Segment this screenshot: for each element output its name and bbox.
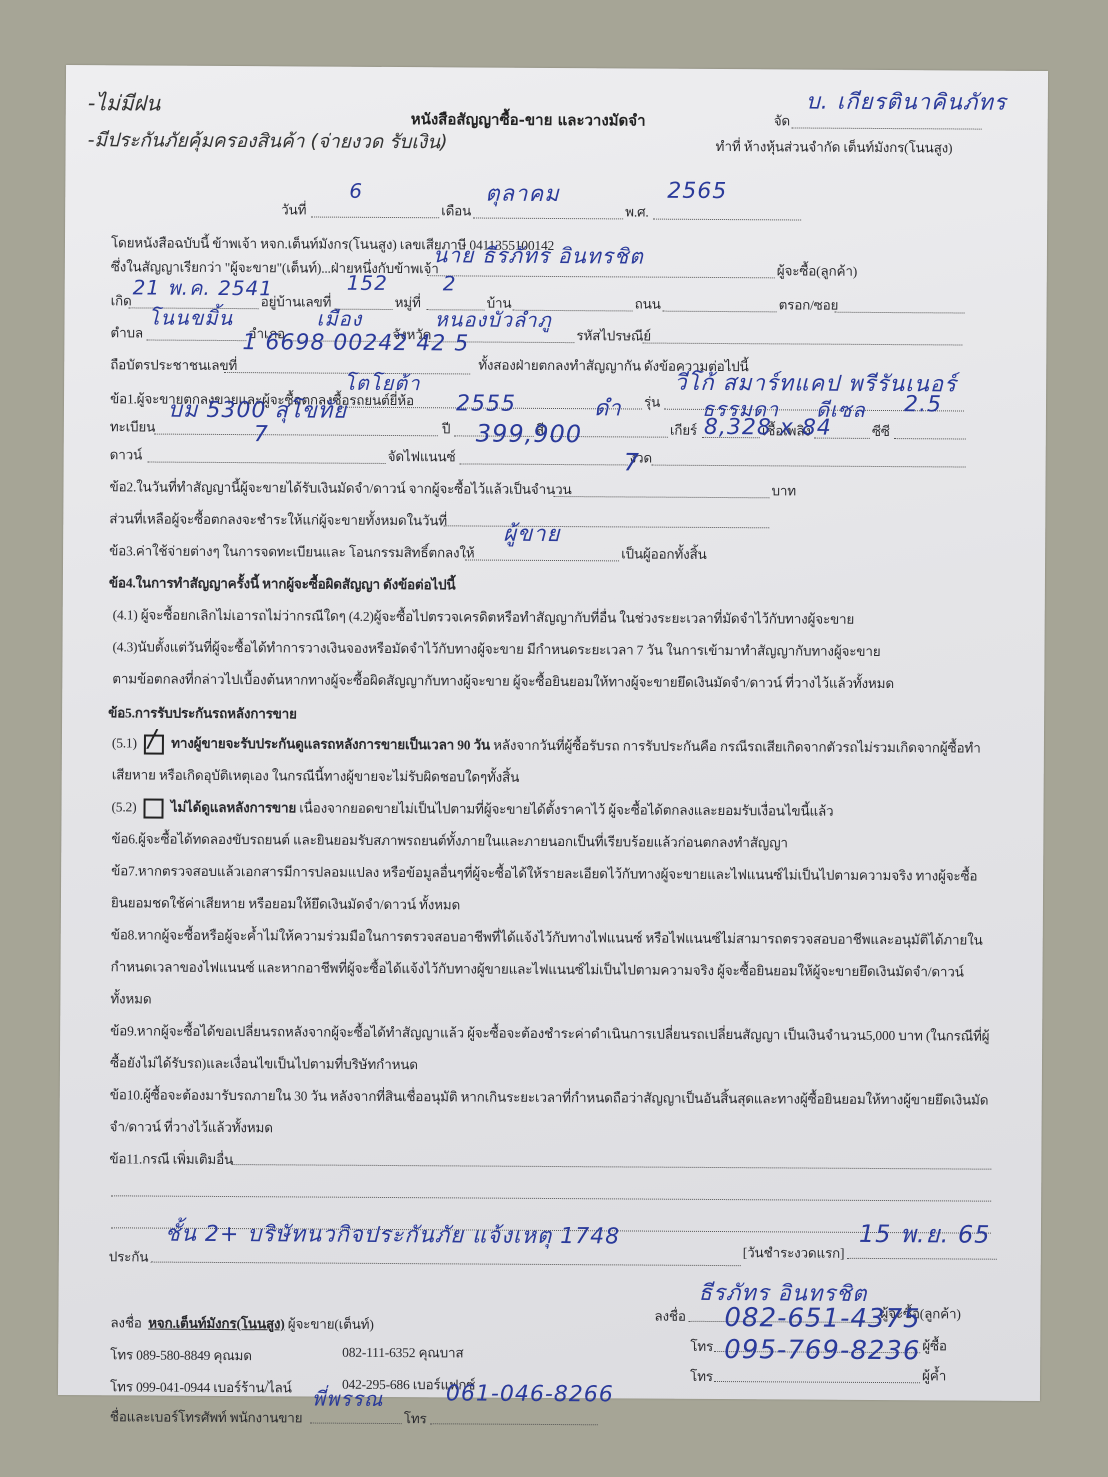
fee-payer: ผู้ขาย [503, 516, 560, 551]
guarantor-phone: 095-769-8236 [724, 1335, 920, 1366]
subdistrict-label: ตำบล [110, 321, 143, 343]
clause-10b: จำ/ดาวน์ ที่วางไว้แล้วทั้งหมด [110, 1115, 273, 1138]
margin-note-2: -มีประกันภัยคุ้มครองสินค้า (จ่ายงวด รับเ… [88, 125, 448, 157]
warranty-90-days-checkbox[interactable]: / [144, 734, 164, 754]
clause-7a: ข้อ7.หากตรวจสอบแล้วเอกสารมีการปลอมแปลง ห… [111, 859, 977, 886]
clause-5-2-label: (5.2) [111, 799, 136, 814]
buyer-phone: 082-651-4375 [724, 1303, 920, 1334]
clause-6: ข้อ6.ผู้จะซื้อได้ทดลองขับรถยนต์ และยินยอ… [111, 827, 788, 853]
checkmark-icon: / [148, 724, 156, 752]
clause-5-2-row: (5.2) ไม่ได้ดูแลหลังการขาย เนื่องจากยอดข… [111, 795, 833, 822]
insurance-value: ชั้น 2+ บริษัทนวกิจประกันภัย แจ้งเหตุ 17… [165, 1216, 620, 1254]
clause-10a: ข้อ10.ผู้ซื้อจะต้องมารับรถภายใน 30 วัน ห… [110, 1083, 989, 1110]
staff-phone: 061-046-8266 [446, 1381, 614, 1407]
month-label: เดือน [441, 199, 471, 221]
id-label: ถือบัตรประชาชนเลขที่ [110, 353, 237, 376]
cc-label: ซีซี [872, 420, 890, 442]
finance-amount: 399,900 [476, 420, 582, 449]
contract-paper: -ไม่มีฝน -มีประกันภัยคุ้มครองสินค้า (จ่า… [58, 65, 1048, 1401]
day-label: วันที่ [281, 198, 306, 220]
seller-role: ผู้จะขาย(เต็นท์) [288, 1316, 374, 1332]
year-value: 2565 [667, 179, 727, 204]
vehicle-year-label: ปี [442, 417, 451, 439]
subdistrict-value: โนนขมิ้น [148, 302, 233, 335]
first-payment-label: [วันชำระงวดแรก] [743, 1241, 845, 1264]
finance-company-label: จัด [774, 109, 790, 131]
postcode-label: รหัสไปรษณีย์ [576, 324, 651, 346]
gear-label: เกียร์ [670, 419, 697, 441]
buyer-name: นาย ธีรภัทร อินทรชิต [433, 239, 644, 273]
clause-8b: กำหนดเวลาของไฟแนนซ์ และหากอาชีพที่ผู้จะซ… [110, 955, 963, 982]
clause-5-1-cont: เสียหาย หรือเกิดอุบัติเหตุเอง ในกรณีนี้ท… [112, 763, 520, 787]
clause-2b: ส่วนที่เหลือผู้จะซื้อตกลงจะชำระให้แก่ผู้… [109, 507, 447, 531]
clause-2a: ข้อ2.ในวันที่ทำสัญญานี้ผู้จะขายได้รับเงิ… [109, 475, 571, 500]
staff-name: พี่พรรณ [312, 1383, 384, 1415]
buyer-sign-label: ลงชื่อ [654, 1305, 685, 1327]
birth-value: 21 พ.ค. 2541 [133, 271, 274, 304]
guarantor-phone-role: ผู้ค้ำ [922, 1364, 946, 1386]
day-value: 6 [349, 179, 363, 203]
clause-4-3: (4.3)นับตั้งแต่วันที่ผู้จะซื้อได้ทำการวา… [112, 635, 880, 662]
year-label: พ.ศ. [625, 200, 649, 222]
vehicle-color: ดำ [594, 390, 622, 425]
margin-note-1: -ไม่มีฝน [88, 87, 161, 120]
deposit-amount: 7 [624, 448, 640, 476]
vehicle-cc: 2.5 [904, 392, 942, 417]
baht-label: บาท [771, 479, 796, 501]
clause-5-2-text: เนื่องจากยอดขายไม่เป็นไปตามที่ผู้จะขายได… [299, 800, 833, 818]
model-label: รุ่น [644, 391, 660, 413]
house-no-value: 152 [347, 271, 388, 295]
clause-5-1-text: หลังจากวันที่ผู้ซื้อรับรถ การรับประกันคื… [493, 738, 981, 756]
vehicle-brand: โตโยต้า [344, 367, 421, 399]
seller-sign-row: ลงชื่อ หจก.เต็นท์มังกร(โนนสูง) ผู้จะขาย(… [110, 1311, 373, 1335]
plate-label: ทะเบียน [110, 415, 155, 437]
clause-5-2-bold: ไม่ได้ดูแลหลังการขาย [171, 800, 296, 816]
no-warranty-checkbox[interactable] [144, 798, 164, 818]
clause-4-4: ตามข้อตกลงที่กล่าวไปเบื้องต้นหากทางผู้จะ… [112, 667, 894, 694]
moo-value: 2 [443, 271, 457, 295]
vehicle-year: 2555 [456, 391, 516, 416]
moo-label: หมู่ที่ [395, 291, 421, 313]
clause-11: ข้อ11.กรณี เพิ่มเติมอื่น [109, 1147, 233, 1170]
alley-label: ตรอก/ซอย [779, 293, 839, 315]
first-payment-date: 15 พ.ย. 65 [859, 1214, 991, 1254]
finance-company-value: บ. เกียรตินาคินภัทร [806, 84, 1007, 120]
staff-label: ชื่อและเบอร์โทรศัพท์ พนักงานขาย [110, 1405, 303, 1428]
clause-4-title: ข้อ4.ในการทำสัญญาครั้งนี้ หากผู้จะซื้อผิ… [109, 571, 456, 595]
guarantor-phone-label: โทร [690, 1365, 713, 1387]
buyer-phone-role: ผู้ซื้อ [922, 1334, 947, 1356]
seller-phone-2: 082-111-6352 คุณบาส [342, 1341, 463, 1364]
clause-3-suffix: เป็นผู้ออกทั้งสิ้น [621, 542, 707, 565]
clause-5-1-label: (5.1) [112, 735, 137, 750]
road-label: ถนน [635, 292, 661, 314]
seller-sign-label: ลงชื่อ [110, 1315, 141, 1330]
seller-name: หจก.เต็นท์มังกร(โนนสูง) [148, 1316, 285, 1332]
month-value: ตุลาคม [485, 176, 560, 211]
insurance-label: ประกัน [109, 1245, 149, 1267]
finance-amount-label: จัดไฟแนนซ์ [388, 445, 456, 467]
down-value: 7 [254, 422, 269, 447]
clause-7b: ยินยอมชดใช้ค่าเสียหาย หรือยอมให้ยึดเงินม… [111, 891, 460, 915]
clause-5-1-row: (5.1) / ทางผู้ขายจะรับประกันดูแลรถหลังกา… [112, 731, 981, 759]
document-title: หนังสือสัญญาซื้อ-ขาย และวางมัดจำ [411, 107, 646, 132]
seller-phone-1: โทร 089-580-8849 คุณมด [110, 1343, 252, 1366]
clause-5-title: ข้อ5.การรับประกันรถหลังการขาย [108, 701, 297, 724]
clause-5-1-bold: ทางผู้ขายจะรับประกันดูแลรถหลังการขายเป็น… [171, 736, 490, 753]
clause-4-1: (4.1) ผู้จะซื้อยกเลิกไม่เอารถไม่ว่ากรณีใ… [113, 603, 855, 630]
staff-phone-label: โทร [404, 1407, 427, 1429]
down-label: ดาวน์ [110, 443, 142, 465]
clause-3: ข้อ3.ค่าใช้จ่ายต่างๆ ในการจดทะเบียนและ โ… [109, 539, 475, 563]
id-number: 1 6698 00242 42 5 [242, 330, 469, 356]
clause-8c: ทั้งหมด [110, 987, 151, 1009]
seller-phone-3: โทร 099-041-0944 เบอร์ร้าน/ไลน์ [110, 1375, 292, 1398]
contract-place: ทำที่ ห้างหุ้นส่วนจำกัด เต็นท์มังกร(โนนส… [716, 135, 953, 158]
buyer-phone-label: โทร [690, 1335, 713, 1357]
clause-9b: ซื้อยังไม่ได้รับรถ)และเงื่อนไขเป็นไปตามท… [110, 1051, 418, 1075]
installment-value: 8,328 x 84 [704, 415, 832, 441]
clause-8a: ข้อ8.หากผู้จะซื้อหรือผู้จะค้ำไม่ให้ความร… [111, 923, 983, 950]
buyer-role-label: ผู้จะซื้อ(ลูกค้า) [777, 259, 857, 281]
clause-9a: ข้อ9.หากผู้จะซื้อได้ขอเปลี่ยนรถหลังจากผู… [110, 1019, 989, 1046]
